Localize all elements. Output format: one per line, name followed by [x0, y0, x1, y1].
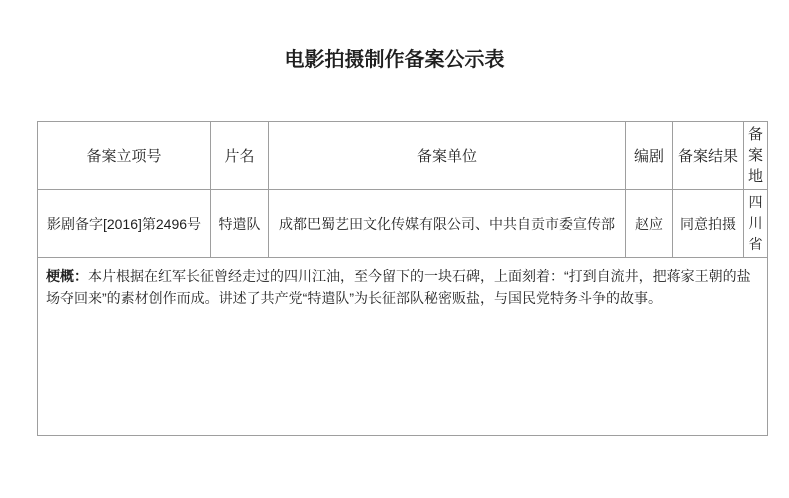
- cell-filing-result: 同意拍摄: [673, 190, 744, 258]
- page-title: 电影拍摄制作备案公示表: [0, 43, 789, 72]
- cell-filing-unit: 成都巴蜀艺田文化传媒有限公司、中共自贡市委宣传部: [269, 190, 626, 258]
- table-row: 影剧备字[2016]第2496号 特遣队 成都巴蜀艺田文化传媒有限公司、中共自贡…: [38, 190, 768, 258]
- header-filing-result: 备案结果: [673, 122, 744, 190]
- cell-filing-number: 影剧备字[2016]第2496号: [38, 190, 211, 258]
- synopsis-cell: 梗概：本片根据在红军长征曾经走过的四川江油，至今留下的一块石碑，上面刻着：“打到…: [38, 258, 768, 436]
- cell-screenwriter: 赵应: [626, 190, 673, 258]
- filing-table: 备案立项号 片名 备案单位 编剧 备案结果 备案地 影剧备字[2016]第249…: [37, 121, 768, 436]
- cell-filing-location: 四川省: [744, 190, 768, 258]
- header-filing-unit: 备案单位: [269, 122, 626, 190]
- cell-film-title: 特遣队: [211, 190, 269, 258]
- header-screenwriter: 编剧: [626, 122, 673, 190]
- synopsis-row: 梗概：本片根据在红军长征曾经走过的四川江油，至今留下的一块石碑，上面刻着：“打到…: [38, 258, 768, 436]
- header-film-title: 片名: [211, 122, 269, 190]
- table-header-row: 备案立项号 片名 备案单位 编剧 备案结果 备案地: [38, 122, 768, 190]
- synopsis-label: 梗概：: [46, 268, 88, 284]
- document-page: { "title": "电影拍摄制作备案公示表", "colors": { "b…: [0, 0, 789, 498]
- header-filing-location: 备案地: [744, 122, 768, 190]
- synopsis-text: 本片根据在红军长征曾经走过的四川江油，至今留下的一块石碑，上面刻着：“打到自流井…: [46, 268, 751, 306]
- header-filing-number: 备案立项号: [38, 122, 211, 190]
